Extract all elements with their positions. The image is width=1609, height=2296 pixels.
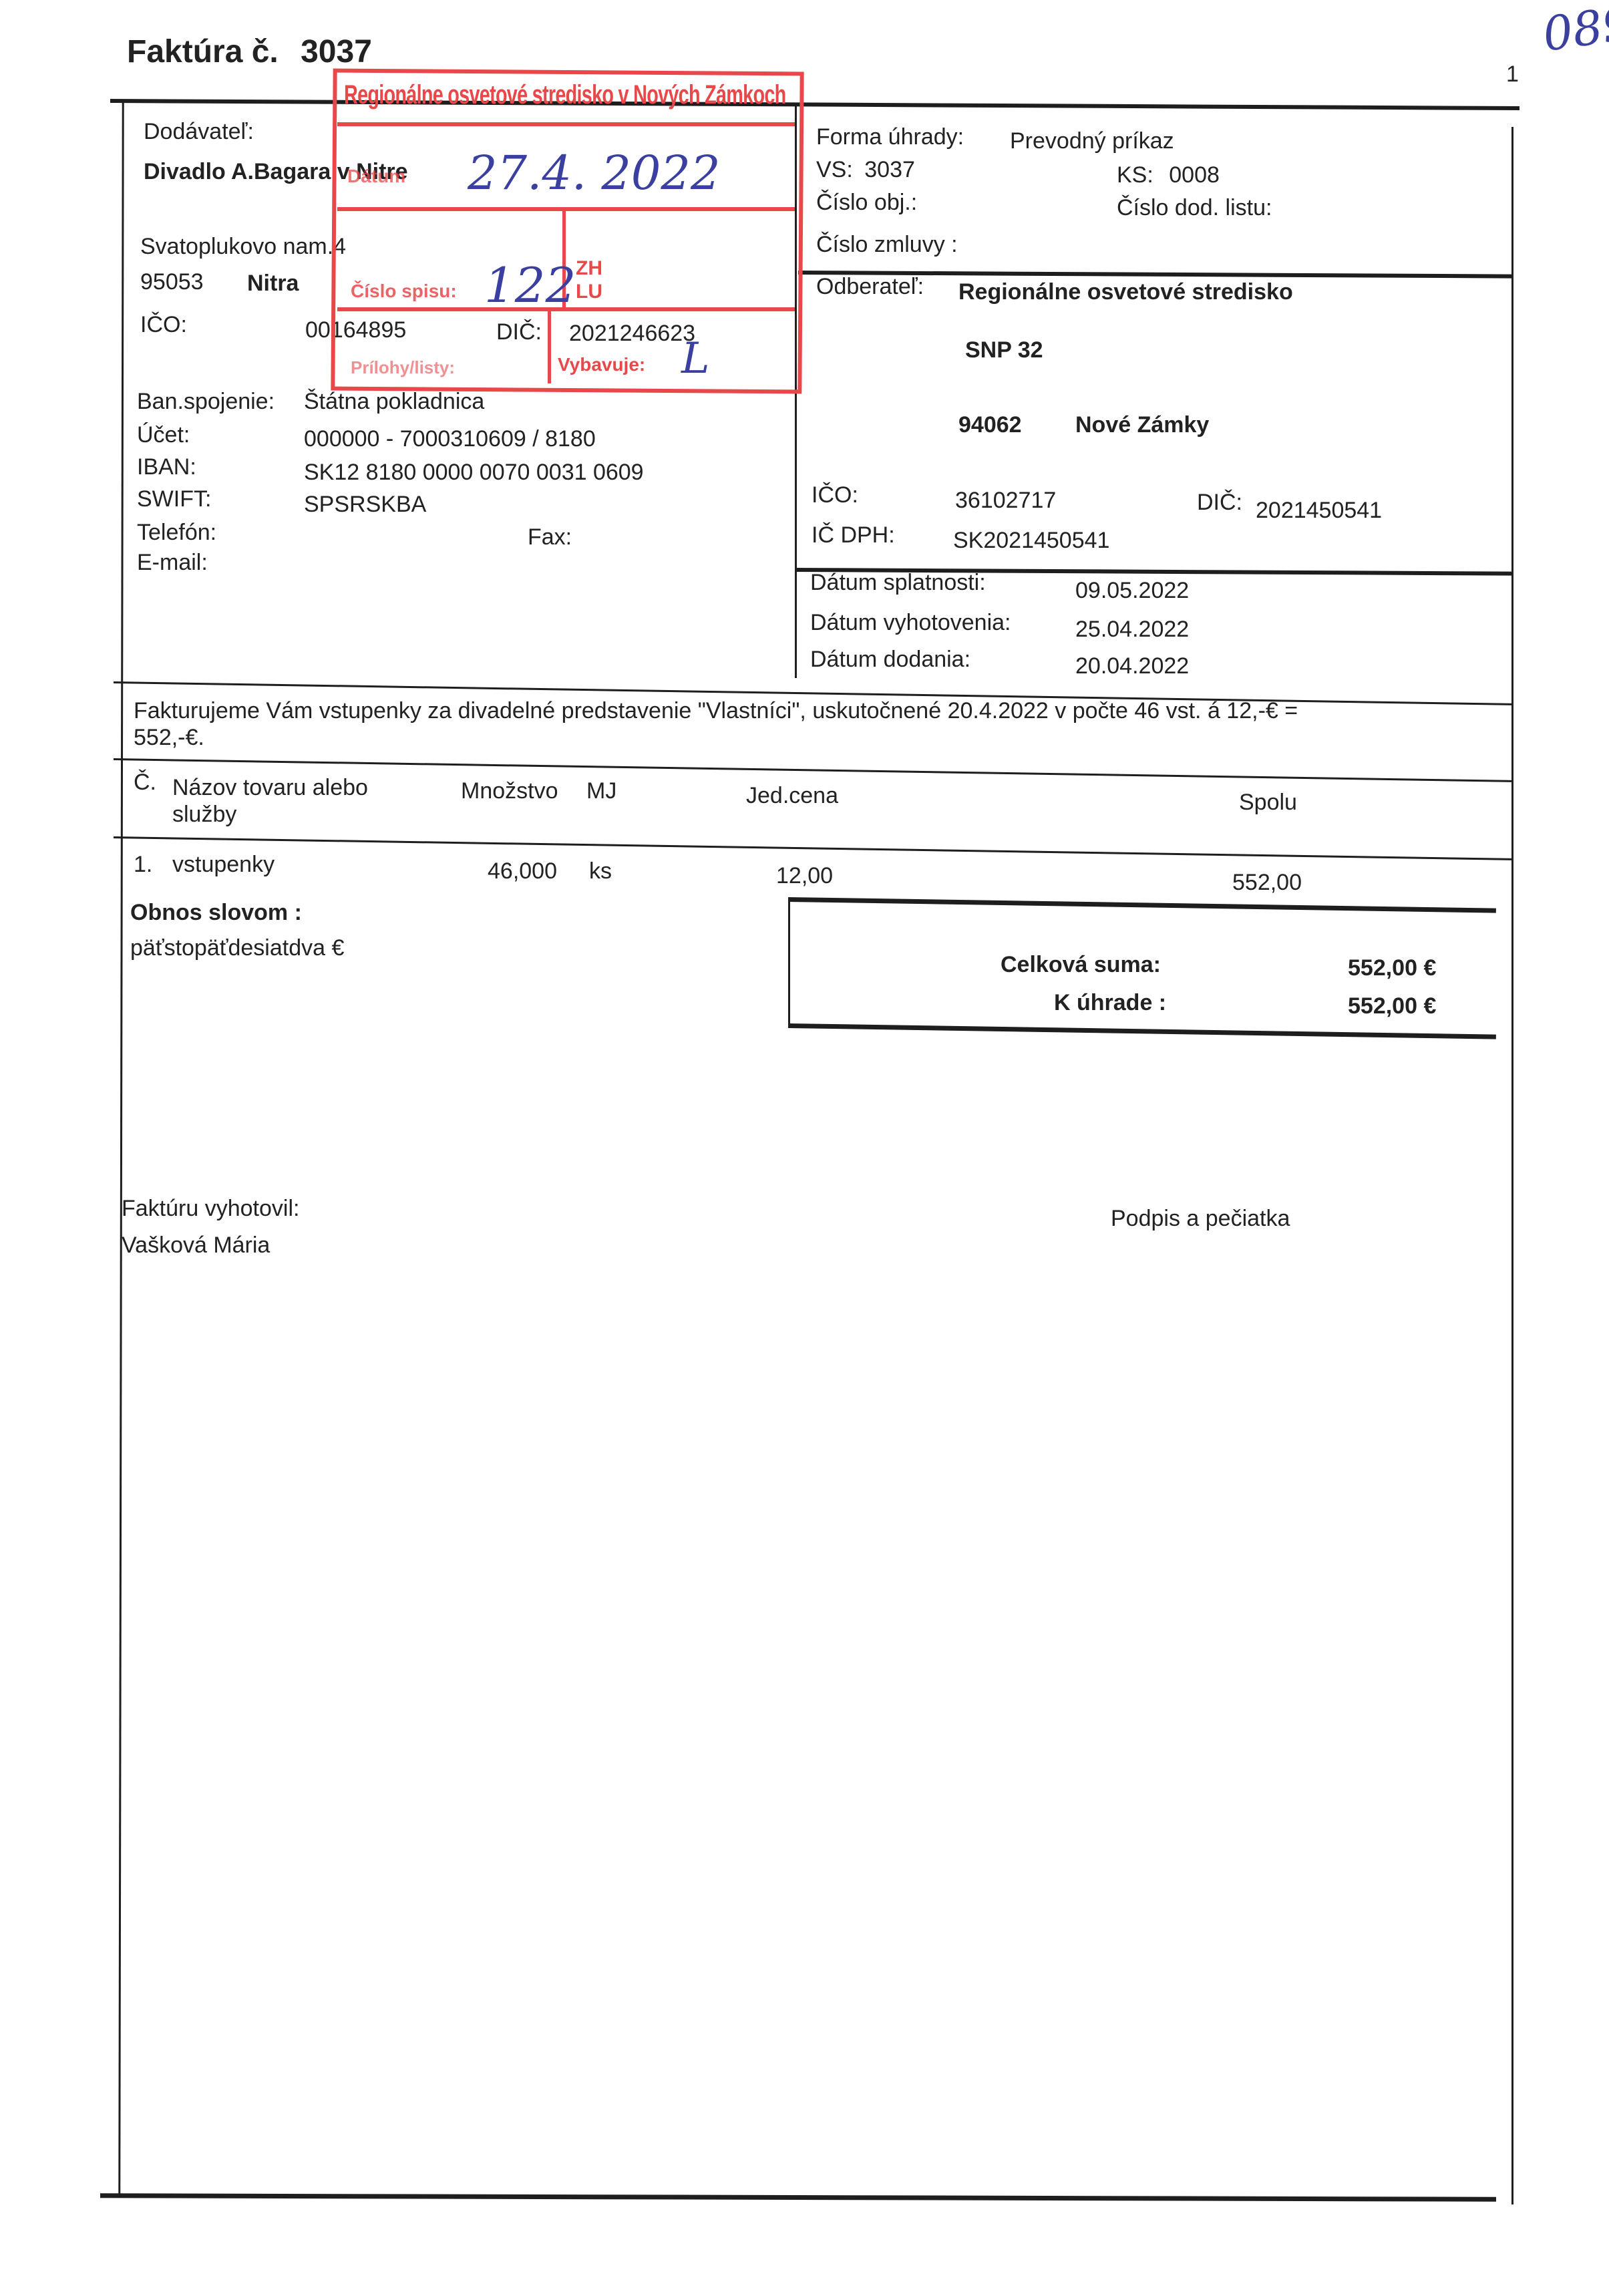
row-qty: 46,000 (488, 858, 557, 884)
stamp-code-2: LU (576, 281, 602, 303)
supplier-street: Svatoplukovo nam.4 (140, 234, 346, 260)
col-qty-header: Množstvo (461, 778, 558, 804)
phone-label: Telefón: (137, 520, 216, 546)
row-name: vstupenky (172, 852, 275, 878)
payment-method: Prevodný príkaz (1010, 128, 1174, 154)
customer-label: Odberateľ: (816, 274, 924, 300)
invoice-title-label: Faktúra č. (127, 34, 279, 69)
delivery-note-label: Číslo dod. listu: (1117, 195, 1272, 221)
customer-ico-label: IČO: (812, 482, 858, 508)
frame-top (110, 99, 1519, 110)
iban-value: SK12 8180 0000 0070 0031 0609 (304, 460, 644, 486)
ks-label: KS: (1117, 162, 1153, 188)
total-sum: 552,00 € (1348, 955, 1436, 981)
stamp-frame (331, 69, 803, 394)
customer-zip: 94062 (958, 412, 1022, 438)
frame-left (118, 100, 124, 2198)
page-number: 1 (1506, 61, 1519, 88)
row-unit: ks (589, 858, 612, 884)
description-line-2: 552,-€. (134, 725, 204, 751)
stamp-record-label: Číslo spisu: (351, 281, 457, 302)
vs-field: VS: 3037 (816, 157, 915, 183)
order-number-label: Číslo obj.: (816, 190, 917, 216)
due-date: 09.05.2022 (1075, 578, 1189, 604)
col-unit-price-header: Jed.cena (746, 783, 838, 809)
due-date-label: Dátum splatnosti: (810, 570, 986, 596)
ks-value: 0008 (1169, 162, 1220, 188)
delivery-date: 20.04.2022 (1075, 653, 1189, 679)
invoice-title: Faktúra č. 3037 (127, 33, 372, 70)
supplier-label: Dodávateľ: (144, 119, 254, 145)
invoice-number: 3037 (301, 34, 372, 69)
col-no-header: Č. (134, 770, 156, 796)
stamp-rule-3 (337, 307, 795, 311)
row-total: 552,00 (1232, 870, 1302, 896)
payment-method-label: Forma úhrady: (816, 124, 964, 150)
stamp-vrule-2 (548, 309, 551, 383)
stamp-handler-label: Vybavuje: (558, 354, 645, 375)
customer-icdph-label: IČ DPH: (812, 522, 895, 548)
swift-value: SPSRSKBA (304, 492, 426, 518)
issue-date: 25.04.2022 (1075, 617, 1189, 643)
vs-value: 3037 (864, 157, 915, 182)
stamp-attachments-label: Prílohy/listy: (351, 357, 455, 378)
iban-label: IBAN: (137, 454, 196, 480)
stamp-handler-value: L (681, 334, 710, 383)
total-sum-label: Celková suma: (1001, 952, 1161, 978)
stamp-header: Regionálne osvetové stredisko v Nových Z… (344, 80, 786, 110)
customer-icdph: SK2021450541 (953, 528, 1109, 554)
account-label: Účet: (137, 422, 190, 448)
supplier-city: Nitra (247, 271, 299, 297)
frame-bottom (100, 2193, 1496, 2201)
ks-field: KS: 0008 (1117, 162, 1220, 188)
table-header-rule (114, 836, 1513, 860)
stamp-date-value: 27.4. 2022 (468, 146, 721, 200)
stamp-rule-2 (337, 207, 795, 211)
customer-dic: 2021450541 (1256, 498, 1382, 524)
swift-label: SWIFT: (137, 486, 211, 512)
signature-label: Podpis a pečiatka (1111, 1206, 1290, 1232)
delivery-date-label: Dátum dodania: (810, 647, 970, 673)
totals-box-top (788, 897, 1496, 913)
stamp-date-label: Dátum (347, 166, 405, 187)
amount-words-label: Obnos slovom : (130, 900, 302, 926)
frame-right (1511, 127, 1513, 2204)
stamp-rule-1 (337, 122, 795, 126)
row-no: 1. (134, 852, 152, 878)
contract-number-label: Číslo zmluvy : (816, 232, 958, 258)
handwritten-ref: 089 (1540, 0, 1609, 62)
totals-box-left (788, 899, 790, 1026)
amount-due: 552,00 € (1348, 993, 1436, 1019)
row-unit-price: 12,00 (776, 863, 833, 889)
customer-dic-label: DIČ: (1197, 490, 1242, 516)
supplier-zip: 95053 (140, 269, 204, 295)
description-line-1: Fakturujeme Vám vstupenky za divadelné p… (134, 698, 1298, 724)
stamp-code-1: ZH (576, 257, 602, 280)
col-name-header-2: služby (172, 802, 236, 828)
col-unit-header: MJ (586, 778, 616, 804)
bank-label: Ban.spojenie: (137, 389, 275, 415)
bank-value: Štátna pokladnica (304, 389, 484, 415)
email-label: E-mail: (137, 550, 208, 576)
totals-box-bottom (788, 1023, 1496, 1039)
account-value: 000000 - 7000310609 / 8180 (304, 426, 596, 452)
col-total-header: Spolu (1239, 790, 1297, 816)
customer-street: SNP 32 (965, 337, 1043, 363)
col-name-header-1: Názov tovaru alebo (172, 775, 368, 801)
amount-words-value: päťstopäťdesiatdva € (130, 935, 344, 961)
fax-label: Fax: (528, 524, 572, 550)
amount-due-label: K úhrade : (1054, 990, 1166, 1016)
issued-by-label: Faktúru vyhotovil: (122, 1196, 299, 1222)
customer-ico: 36102717 (955, 488, 1056, 514)
customer-city: Nové Zámky (1075, 412, 1209, 438)
issue-date-label: Dátum vyhotovenia: (810, 610, 1011, 636)
vs-label: VS: (816, 157, 853, 182)
supplier-ico-label: IČO: (140, 312, 187, 338)
issued-by-name: Vašková Mária (122, 1233, 270, 1259)
customer-name: Regionálne osvetové stredisko (958, 279, 1293, 305)
stamp-record-value: 122 (484, 257, 576, 313)
